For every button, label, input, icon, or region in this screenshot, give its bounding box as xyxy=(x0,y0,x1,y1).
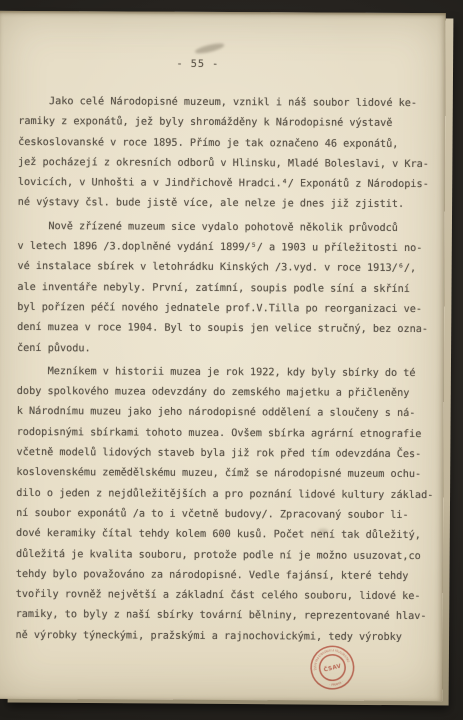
text-line: byl pořízen péčí nového jednatele prof.V… xyxy=(17,298,444,321)
text-line: Jako celé Národopisné muzeum, vznikl i n… xyxy=(18,92,445,115)
paper-smudge xyxy=(194,41,225,55)
paragraph: Nově zřízené muzeum sice vydalo pohotově… xyxy=(17,217,445,361)
text-line: koslovenskému zemědělskému muzeu, čímž s… xyxy=(16,463,443,486)
stamp-center-text: ČSAV xyxy=(323,662,342,673)
text-line: důležitá je kvalita souboru, protože pod… xyxy=(16,544,443,567)
paragraph: Jako celé Národopisné muzeum, vznikl i n… xyxy=(18,92,446,216)
text-line: včetně modelů lidových staveb byla již r… xyxy=(16,443,443,466)
text-line: rodopisnými sbírkami tohoto muzea. Ovšem… xyxy=(17,423,444,446)
text-line: dové keramiky čítal tehdy kolem 600 kusů… xyxy=(16,524,443,547)
text-line: tvořily rovněž největší a základní část … xyxy=(16,585,443,608)
text-line: čení původu. xyxy=(17,338,444,361)
text-line: tehdy bylo považováno za národopisné. Ve… xyxy=(16,565,443,588)
text-line: v letech 1896 /3.doplněné vydání 1899/⁵/… xyxy=(18,237,445,260)
text-line: českoslovanské v roce 1895. Přímo je tak… xyxy=(18,133,445,156)
text-line: vé instalace sbírek v letohrádku Kinskýc… xyxy=(17,257,444,280)
text-line: né výstavy čsl. bude jistě více, ale nel… xyxy=(18,193,445,216)
text-line: ramiky z exponátů, jež byly shromážděny … xyxy=(18,112,445,135)
text-line: ní soubor exponátů /a to i včetně budovy… xyxy=(16,504,443,527)
document-page: - 55 - Jako celé Národopisné muzeum, vzn… xyxy=(0,11,446,701)
text-line: dilo o jeden z nejdůležitějších a pro po… xyxy=(16,484,443,507)
institution-stamp: ÚSTAV PRO ETNOGRAFII A FOLKLORISTIKU · P… xyxy=(303,638,361,696)
paragraph: Mezníkem v historii muzea je rok 1922, k… xyxy=(15,362,443,648)
text-line: ramiky, to byly z naší sbírky tovární bě… xyxy=(16,605,443,628)
text-line: dení muzea v roce 1904. Byl to soupis je… xyxy=(17,318,444,341)
text-line: ně výrobky týneckými, pražskými a rajnoc… xyxy=(15,626,442,649)
page-number: - 55 - xyxy=(176,58,445,73)
text-line: lovicích, v Unhošti a v Jindřichově Hrad… xyxy=(18,173,445,196)
text-line: jež pocházejí z okresních odborů v Hlins… xyxy=(18,153,445,176)
text-line: k Národnímu muzeu jako jeho národopisné … xyxy=(17,402,444,425)
photo-background: - 55 - Jako celé Národopisné muzeum, vzn… xyxy=(0,0,463,720)
text-line: Nově zřízené muzeum sice vydalo pohotově… xyxy=(18,217,445,240)
text-line: ale inventáře nebyly. První, zatímní, so… xyxy=(17,278,444,301)
text-line: Mezníkem v historii muzea je rok 1922, k… xyxy=(17,362,444,385)
text-line: doby spolkového muzea odevzdány do zemsk… xyxy=(17,382,444,405)
document-text: Jako celé Národopisné muzeum, vznikl i n… xyxy=(15,92,445,648)
